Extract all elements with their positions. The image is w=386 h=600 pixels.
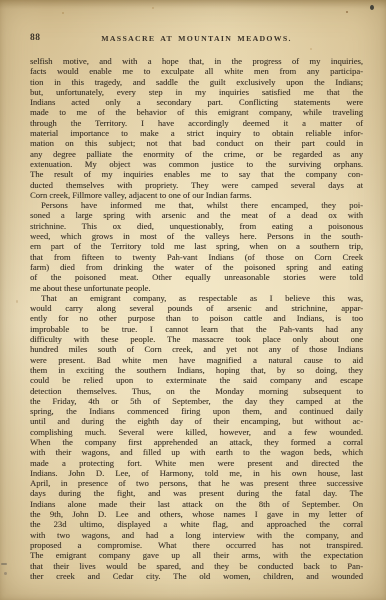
text-line: could be relied upon to exterminate the …: [30, 375, 363, 385]
text-line: were present. Bad white men have magnifi…: [30, 355, 363, 365]
paragraph: That an emigrant company, as respectable…: [30, 293, 363, 581]
text-line: tion in this tragedy, and saddle the gui…: [30, 77, 363, 87]
text-line: That an emigrant company, as respectable…: [30, 293, 363, 303]
text-line: the 23d ultimo, displayed a white flag, …: [30, 519, 363, 529]
text-line: Indians alone made their last attack on …: [30, 499, 363, 509]
paper-spot: [62, 12, 64, 14]
text-line: of the poisoned meat. Other equally unre…: [30, 272, 363, 282]
text-line: soned a large spring with arsenic and th…: [30, 210, 363, 220]
text-line: me about these unfortunate people.: [30, 283, 363, 293]
paper-spot: [370, 5, 374, 10]
text-line: ently for no other purpose than to poiso…: [30, 313, 363, 323]
text-line: Indians. John D. Lee, of Harmony, told m…: [30, 468, 363, 478]
text-line: facts would enable me to exculpate all w…: [30, 66, 363, 76]
paragraph: Persons have informed me that, whilst th…: [30, 200, 363, 293]
text-line: through the Territory. I have accordingl…: [30, 118, 363, 128]
text-line: that their lives would be spared, and th…: [30, 561, 363, 571]
text-line: Corn creek, Fillmore valley, adjacent to…: [30, 190, 363, 200]
text-line: material importance to make a strict inq…: [30, 128, 363, 138]
text-line: strichnine. This ox died, unquestionably…: [30, 221, 363, 231]
text-line: Indians acted only a secondary part. Con…: [30, 97, 363, 107]
text-line: days during the fight, and was present d…: [30, 488, 363, 498]
text-line: proposed a compromise. What there occurr…: [30, 540, 363, 550]
text-line: improbable to be true. I cannot learn th…: [30, 324, 363, 334]
text-line: hundred miles south of Corn creek, and y…: [30, 344, 363, 354]
text-line: complishing much. Several were killed, h…: [30, 427, 363, 437]
text-line: ern part of the Territory told me last s…: [30, 241, 363, 251]
text-line: but, unfortunately, every step in my inq…: [30, 87, 363, 97]
text-line: any degree palliate the enormity of the …: [30, 149, 363, 159]
page-header: 88 MASSACRE AT MOUNTAIN MEADOWS.: [30, 33, 363, 45]
text-line: until and during the eighth day of their…: [30, 416, 363, 426]
paper-spot: [346, 11, 348, 13]
text-line: Persons have informed me that, whilst th…: [30, 200, 363, 210]
text-line: farm) died from drinking the water of th…: [30, 262, 363, 272]
page-text: selfish motive, and with a hope that, in…: [30, 56, 363, 581]
text-line: The emigrant company gave up all their a…: [30, 550, 363, 560]
text-line: made to me of the behavior of this emigr…: [30, 107, 363, 117]
text-line: the 9th, John D. Lee and others, whose n…: [30, 509, 363, 519]
book-page: 88 MASSACRE AT MOUNTAIN MEADOWS. selfish…: [0, 0, 386, 600]
text-line: mation on this subject; not that bad con…: [30, 138, 363, 148]
text-line: spring, the Indians commenced firing upo…: [30, 406, 363, 416]
text-line: extenuation. My object was common justic…: [30, 159, 363, 169]
text-line: ther creek and Cedar city. The old women…: [30, 571, 363, 581]
text-line: selfish motive, and with a hope that, in…: [30, 56, 363, 66]
paper-spot: [1, 563, 7, 565]
text-line: would carry along several pounds of arse…: [30, 303, 363, 313]
text-line: April, in presence of two persons, that …: [30, 478, 363, 488]
text-line: with two wagons, and had a long intervie…: [30, 530, 363, 540]
text-line: The result of my inquiries enables me to…: [30, 169, 363, 179]
text-line: made a protecting fort. White men were p…: [30, 458, 363, 468]
text-line: weed, which grows in most of the valleys…: [30, 231, 363, 241]
text-line: with their wagons, and filled up with ea…: [30, 447, 363, 457]
paragraph: selfish motive, and with a hope that, in…: [30, 56, 363, 200]
paper-spot: [152, 7, 154, 9]
paper-spot: [310, 48, 312, 50]
paper-spot: [16, 300, 18, 303]
text-line: the Friday, 4th or 5th of September, the…: [30, 396, 363, 406]
text-line: that from fifteen to twenty Pah-vant Ind…: [30, 252, 363, 262]
running-title: MASSACRE AT MOUNTAIN MEADOWS.: [30, 34, 363, 43]
text-line: detection themselves. Thus, on the Monda…: [30, 386, 363, 396]
text-line: ducted themselves with propriety. They w…: [30, 180, 363, 190]
text-line: When the company first apprehended an at…: [30, 437, 363, 447]
text-line: difficulty with these people. The massac…: [30, 334, 363, 344]
text-line: them in exciting the southern Indians, h…: [30, 365, 363, 375]
paper-spot: [4, 572, 7, 575]
